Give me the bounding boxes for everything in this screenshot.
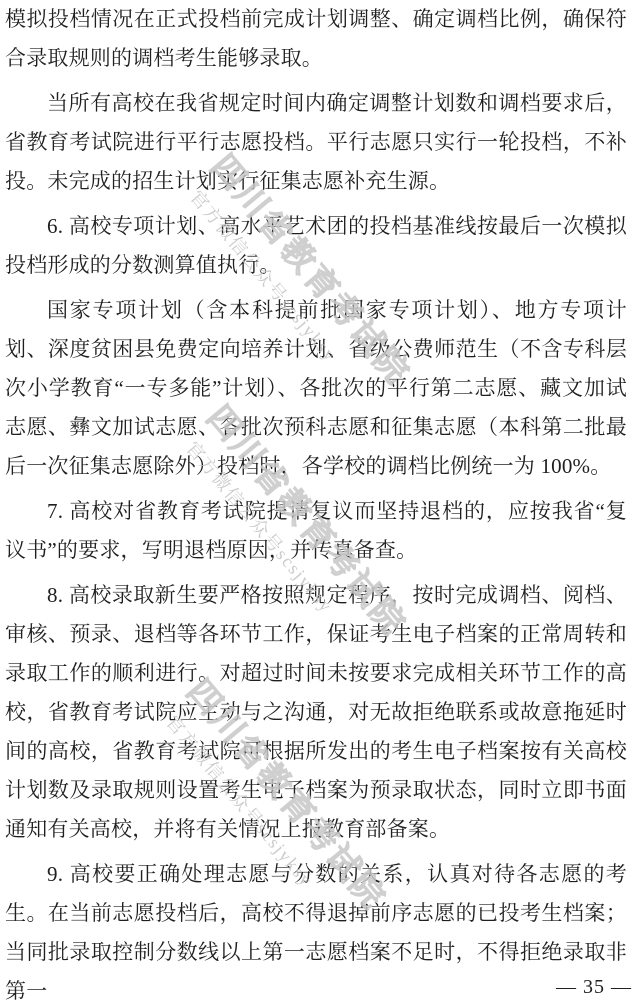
page-number: — 35 — (556, 976, 632, 999)
paragraph: 当所有高校在我省规定时间内确定调整计划数和调档要求后，省教育考试院进行平行志愿投… (5, 84, 627, 201)
document-body: 模拟投档情况在正式投档前完成计划调整、确定调档比例，确保符合录取规则的调档考生能… (0, 0, 640, 1003)
paragraph: 6. 高校专项计划、高水平艺术团的投档基准线按最后一次模拟投档形成的分数测算值执… (5, 207, 627, 285)
paragraph: 7. 高校对省教育考试院提请复议而坚持退档的，应按我省“复议书”的要求，写明退档… (5, 492, 627, 570)
document-page: 四川省教育考试院 官方微信公众号scsjyksy 四川省教育考试院 官方微信公众… (0, 0, 640, 1003)
paragraph: 模拟投档情况在正式投档前完成计划调整、确定调档比例，确保符合录取规则的调档考生能… (5, 0, 627, 78)
paragraph: 国家专项计划（含本科提前批国家专项计划）、地方专项计划、深度贫困县免费定向培养计… (5, 291, 627, 486)
paragraph: 8. 高校录取新生要严格按照规定程序，按时完成调档、阅档、审核、预录、退档等各环… (5, 576, 627, 849)
paragraph: 9. 高校要正确处理志愿与分数的关系，认真对待各志愿的考生。在当前志愿投档后，高… (5, 855, 627, 1003)
